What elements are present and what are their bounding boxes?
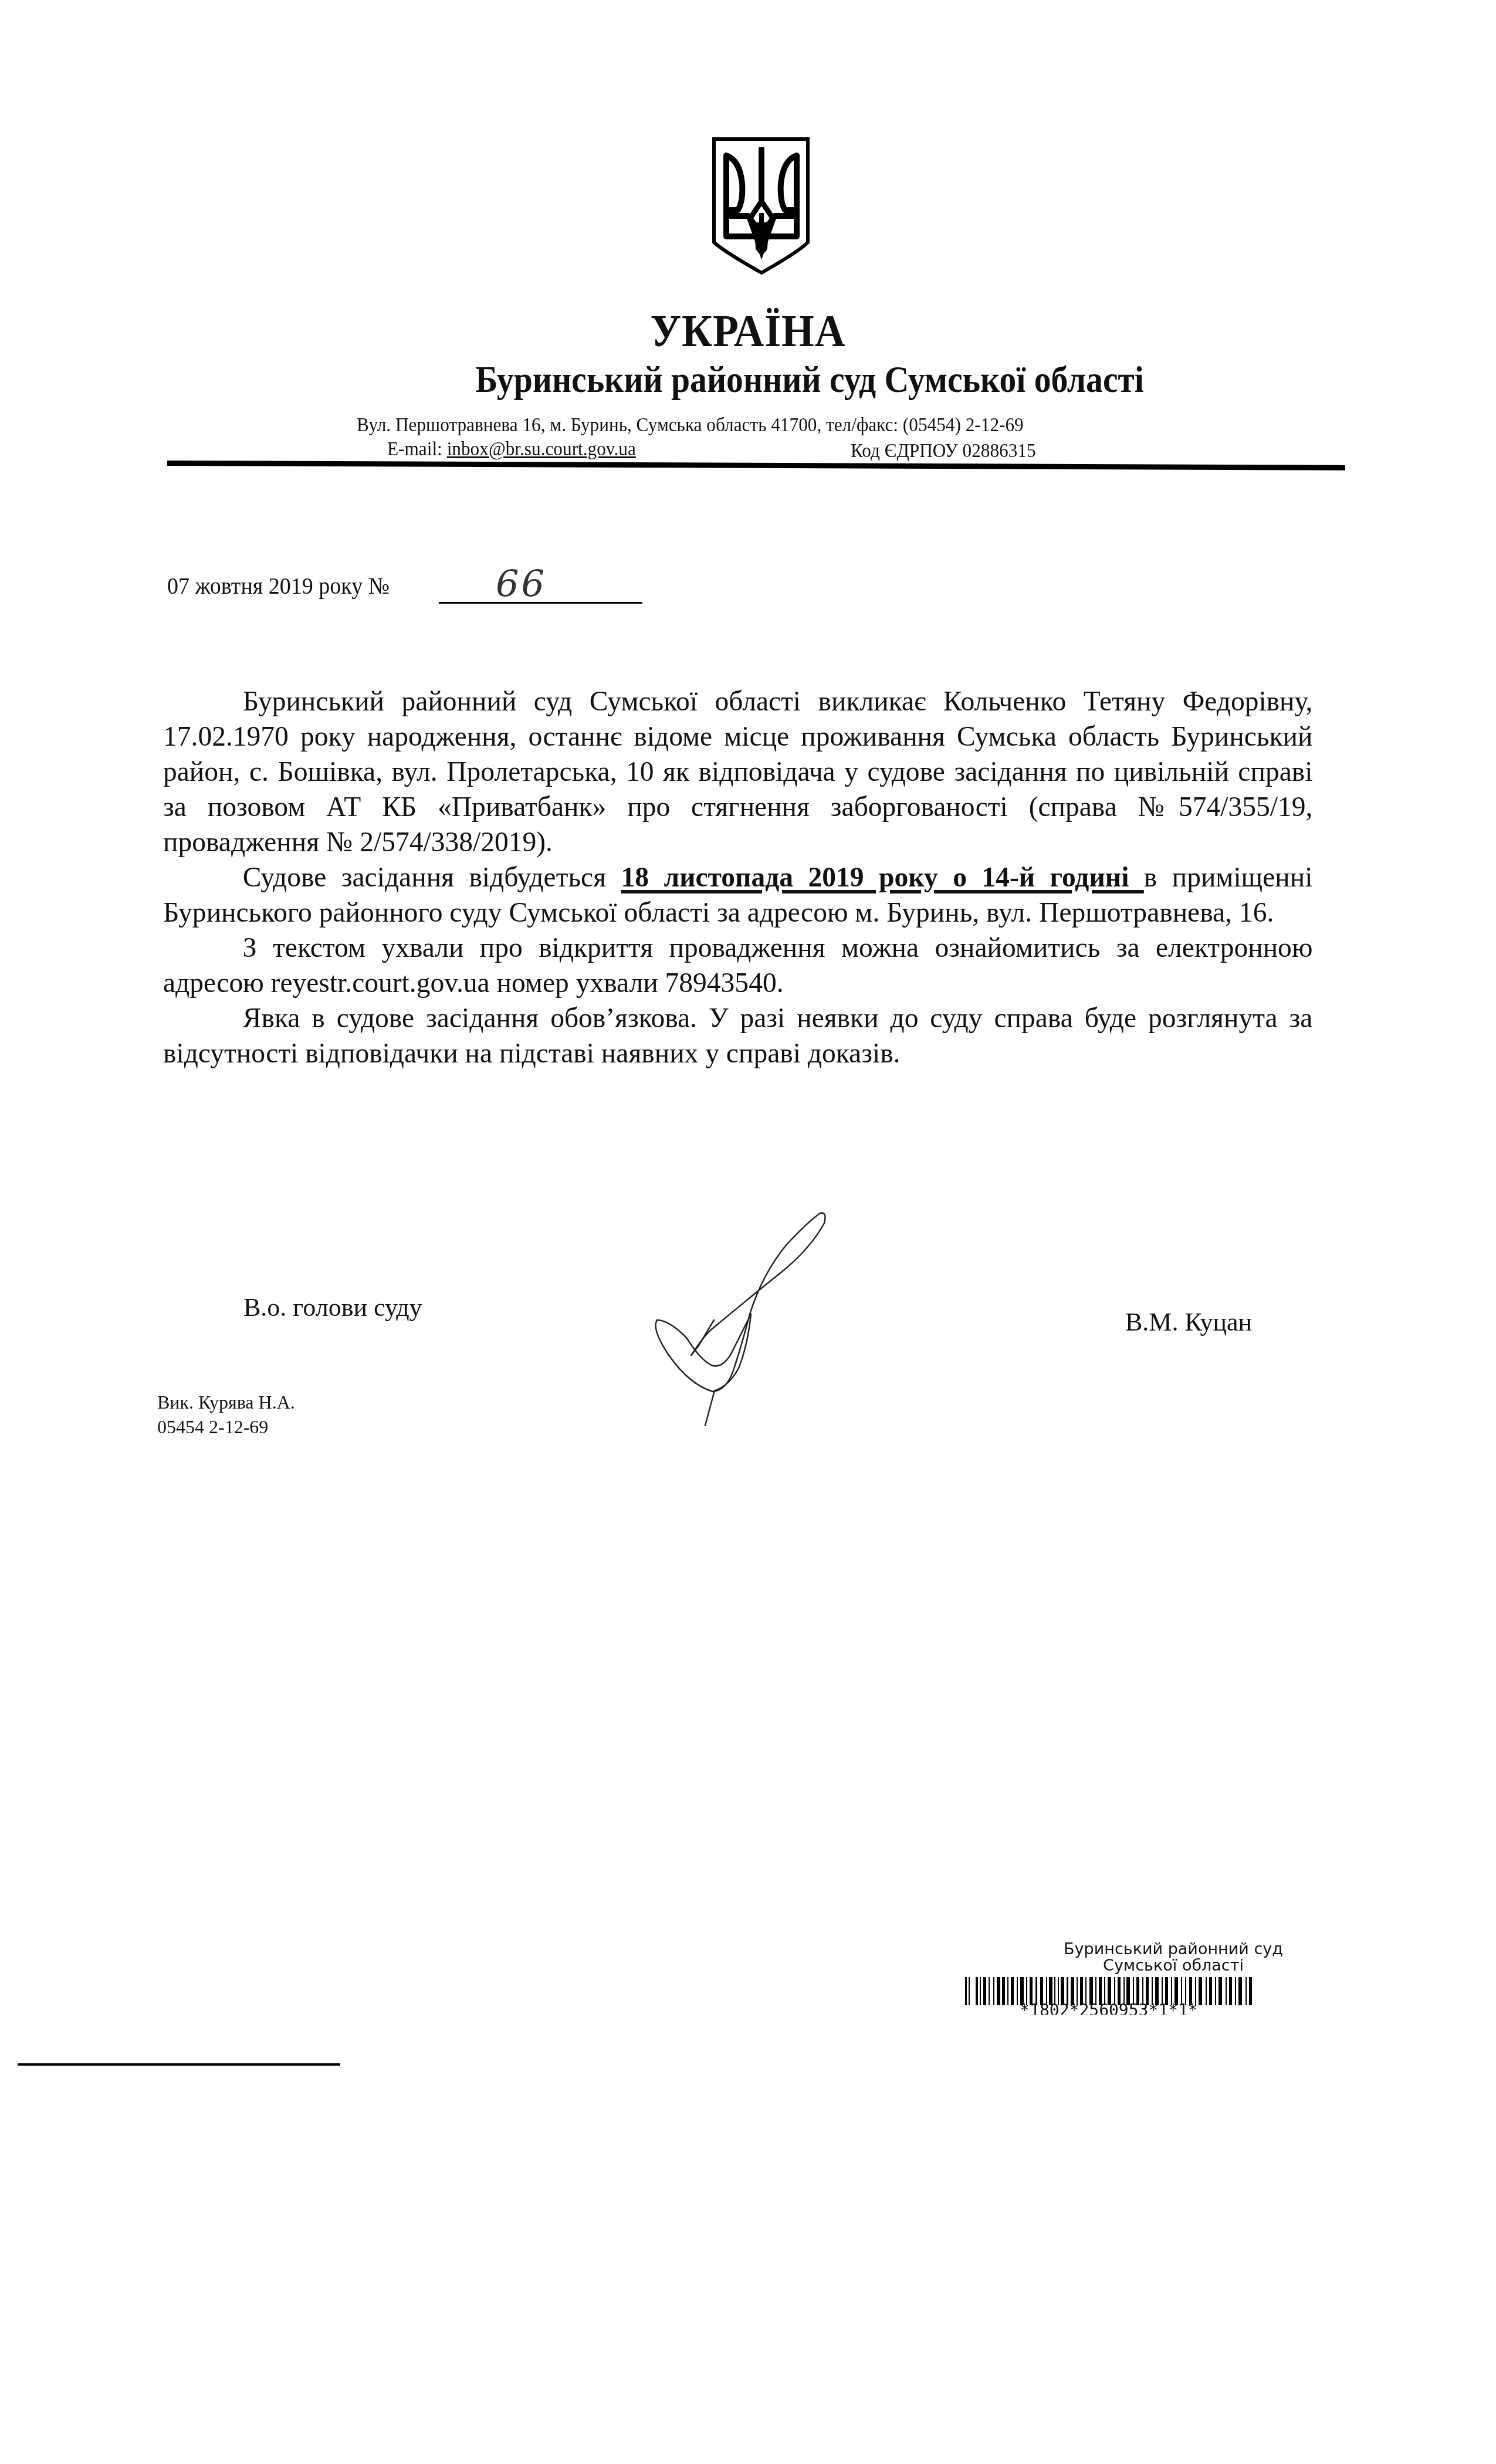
- letter-date: 07 жовтня 2019 року №: [167, 572, 390, 600]
- executor-phone: 05454 2-12-69: [157, 1416, 268, 1438]
- barcode-icon: [965, 1977, 1253, 2005]
- email-link[interactable]: inbox@br.su.court.gov.ua: [447, 438, 636, 460]
- coat-of-arms-icon: [712, 137, 811, 275]
- scan-edge-line: [18, 2063, 340, 2066]
- header-divider: [167, 461, 1345, 471]
- edrpou-code: Код ЄДРПОУ 02886315: [851, 440, 1036, 462]
- attendance-paragraph: Явка в судове засідання обов’язкова. У р…: [163, 1000, 1312, 1071]
- court-address: Вул. Першотравнева 16, м. Буринь, Сумськ…: [357, 414, 1024, 436]
- ruling-reference-paragraph: З текстом ухвали про відкриття проваджен…: [163, 930, 1312, 1000]
- email-line: E-mail: inbox@br.su.court.gov.ua: [387, 438, 636, 461]
- court-name-heading: Буринський районний суд Сумської області: [440, 361, 1179, 398]
- hearing-intro: Судове засідання відбудеться: [243, 861, 621, 893]
- letter-number: 66: [496, 562, 547, 605]
- barcode-court-name: Буринський районний суд: [968, 1941, 1379, 1958]
- signatory-name: В.М. Куцан: [1125, 1307, 1252, 1337]
- executor-name: Вик. Курява Н.А.: [157, 1392, 295, 1413]
- barcode-region: Сумської області: [968, 1957, 1379, 1975]
- barcode-number: *1802*2560953*1*1*: [956, 2002, 1261, 2015]
- summons-paragraph: Буринський районний суд Сумської області…: [163, 683, 1312, 859]
- letter-body: Буринський районний суд Сумської області…: [163, 683, 1312, 1071]
- barcode-stamp: Буринський районний суд Сумської області: [956, 1930, 1408, 2018]
- signatory-title: В.о. голови суду: [243, 1292, 422, 1322]
- handwritten-signature-icon: [634, 1209, 868, 1473]
- country-title: УКРАЇНА: [60, 308, 1436, 354]
- hearing-date: 18 листопада 2019 року о 14-й годині: [621, 861, 1143, 893]
- hearing-paragraph: Судове засідання відбудеться 18 листопад…: [163, 859, 1312, 930]
- email-label: E-mail:: [387, 438, 442, 460]
